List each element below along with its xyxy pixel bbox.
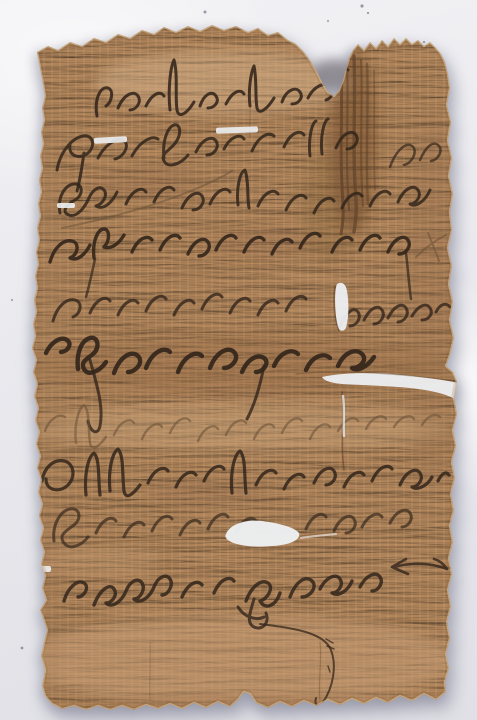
dark-fiber-streak-5 <box>374 70 375 190</box>
tone-blotch-10 <box>148 477 272 507</box>
white-slit-2 <box>57 203 75 208</box>
tone-blotch-2 <box>30 404 450 452</box>
tone-blotch-3 <box>25 334 455 398</box>
dark-fiber-streak-4 <box>367 64 368 204</box>
tone-blotch-1 <box>25 614 455 706</box>
crack-vertical-lower-white <box>343 396 344 436</box>
fiber-seam-3 <box>33 451 456 452</box>
photo <box>0 0 477 720</box>
crack-bottom-2 <box>150 642 151 700</box>
papyrus-body <box>0 0 477 720</box>
papyrus-fragment <box>0 0 477 720</box>
tone-blotch-12 <box>40 546 160 574</box>
